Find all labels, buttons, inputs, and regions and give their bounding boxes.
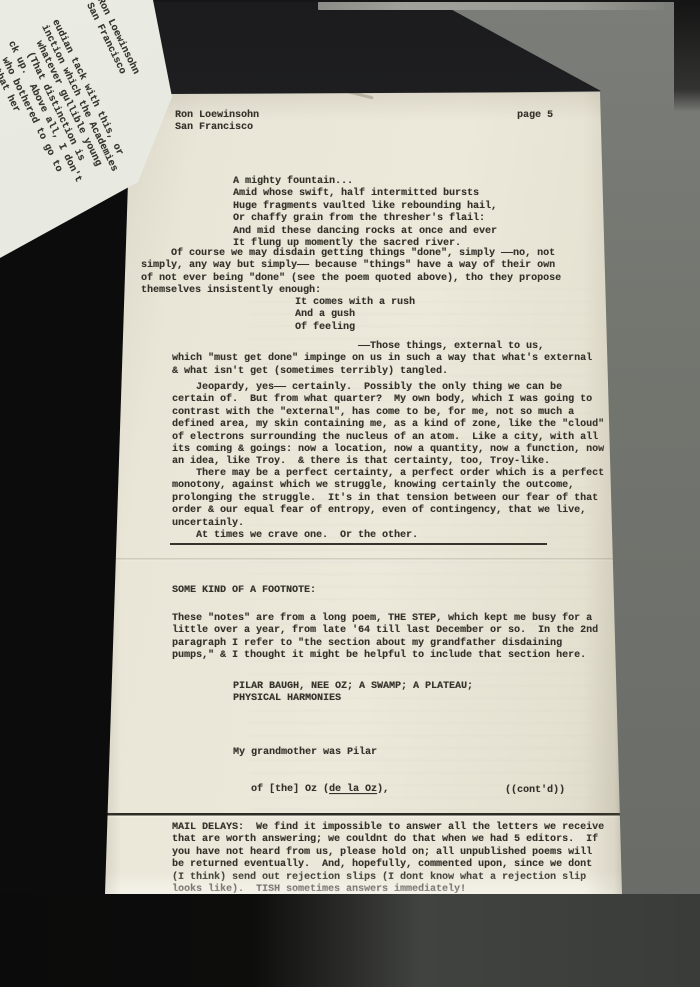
quoted-poem: A mighty fountain...Amid whose swift, ha… <box>233 176 497 250</box>
backdrop-bottom-dark-surface <box>0 894 700 987</box>
underlined-de-la-oz: de la Oz <box>329 784 377 795</box>
footnote-heading: SOME KIND OF A FOOTNOTE: <box>172 585 316 597</box>
pilar-poem-line-1: My grandmother was Pilar <box>233 747 443 759</box>
continued-marker: ((cont'd)) <box>505 785 565 797</box>
mail-delays-strip: MAIL DELAYS: We find it impossible to an… <box>100 813 625 895</box>
footnote-paragraph: These "notes" are from a long poem, THE … <box>172 613 598 663</box>
line-at-times-we-crave: At times we crave one. Or the other. <box>172 530 418 542</box>
horizontal-rule <box>170 543 547 545</box>
backdrop-top-right-dark <box>674 0 700 112</box>
pilar-poem-title: PILAR BAUGH, NEE OZ; A SWAMP; A PLATEAU;… <box>233 681 473 706</box>
paragraph-perfect-certainty: There may be a perfect certainty, a perf… <box>172 468 604 530</box>
photo-of-typed-page: { "colors": { "backdrop_gray": "#70726f"… <box>0 0 700 987</box>
pilar-poem-line-2: of [the] Oz (de la Oz), <box>233 784 443 796</box>
page-number: page 5 <box>517 110 553 122</box>
mail-delays-paragraph: MAIL DELAYS: We find it impossible to an… <box>172 822 604 896</box>
backdrop-light-sheet-edge <box>318 2 664 10</box>
paragraph-disdain: Of course we may disdain getting things … <box>141 248 561 298</box>
verse-it-comes: It comes with a rushAnd a gushOf feeling <box>295 297 415 334</box>
paper-crease <box>100 558 625 561</box>
paragraph-jeopardy: Jeopardy, yes—— certainly. Possibly the … <box>172 382 604 469</box>
paragraph-those-things: ——Those things, external to us,which "mu… <box>172 341 592 378</box>
author-header: Ron LoewinsohnSan Francisco <box>175 110 259 135</box>
document-page: Ron LoewinsohnSan Francisco page 5 A mig… <box>100 88 625 895</box>
